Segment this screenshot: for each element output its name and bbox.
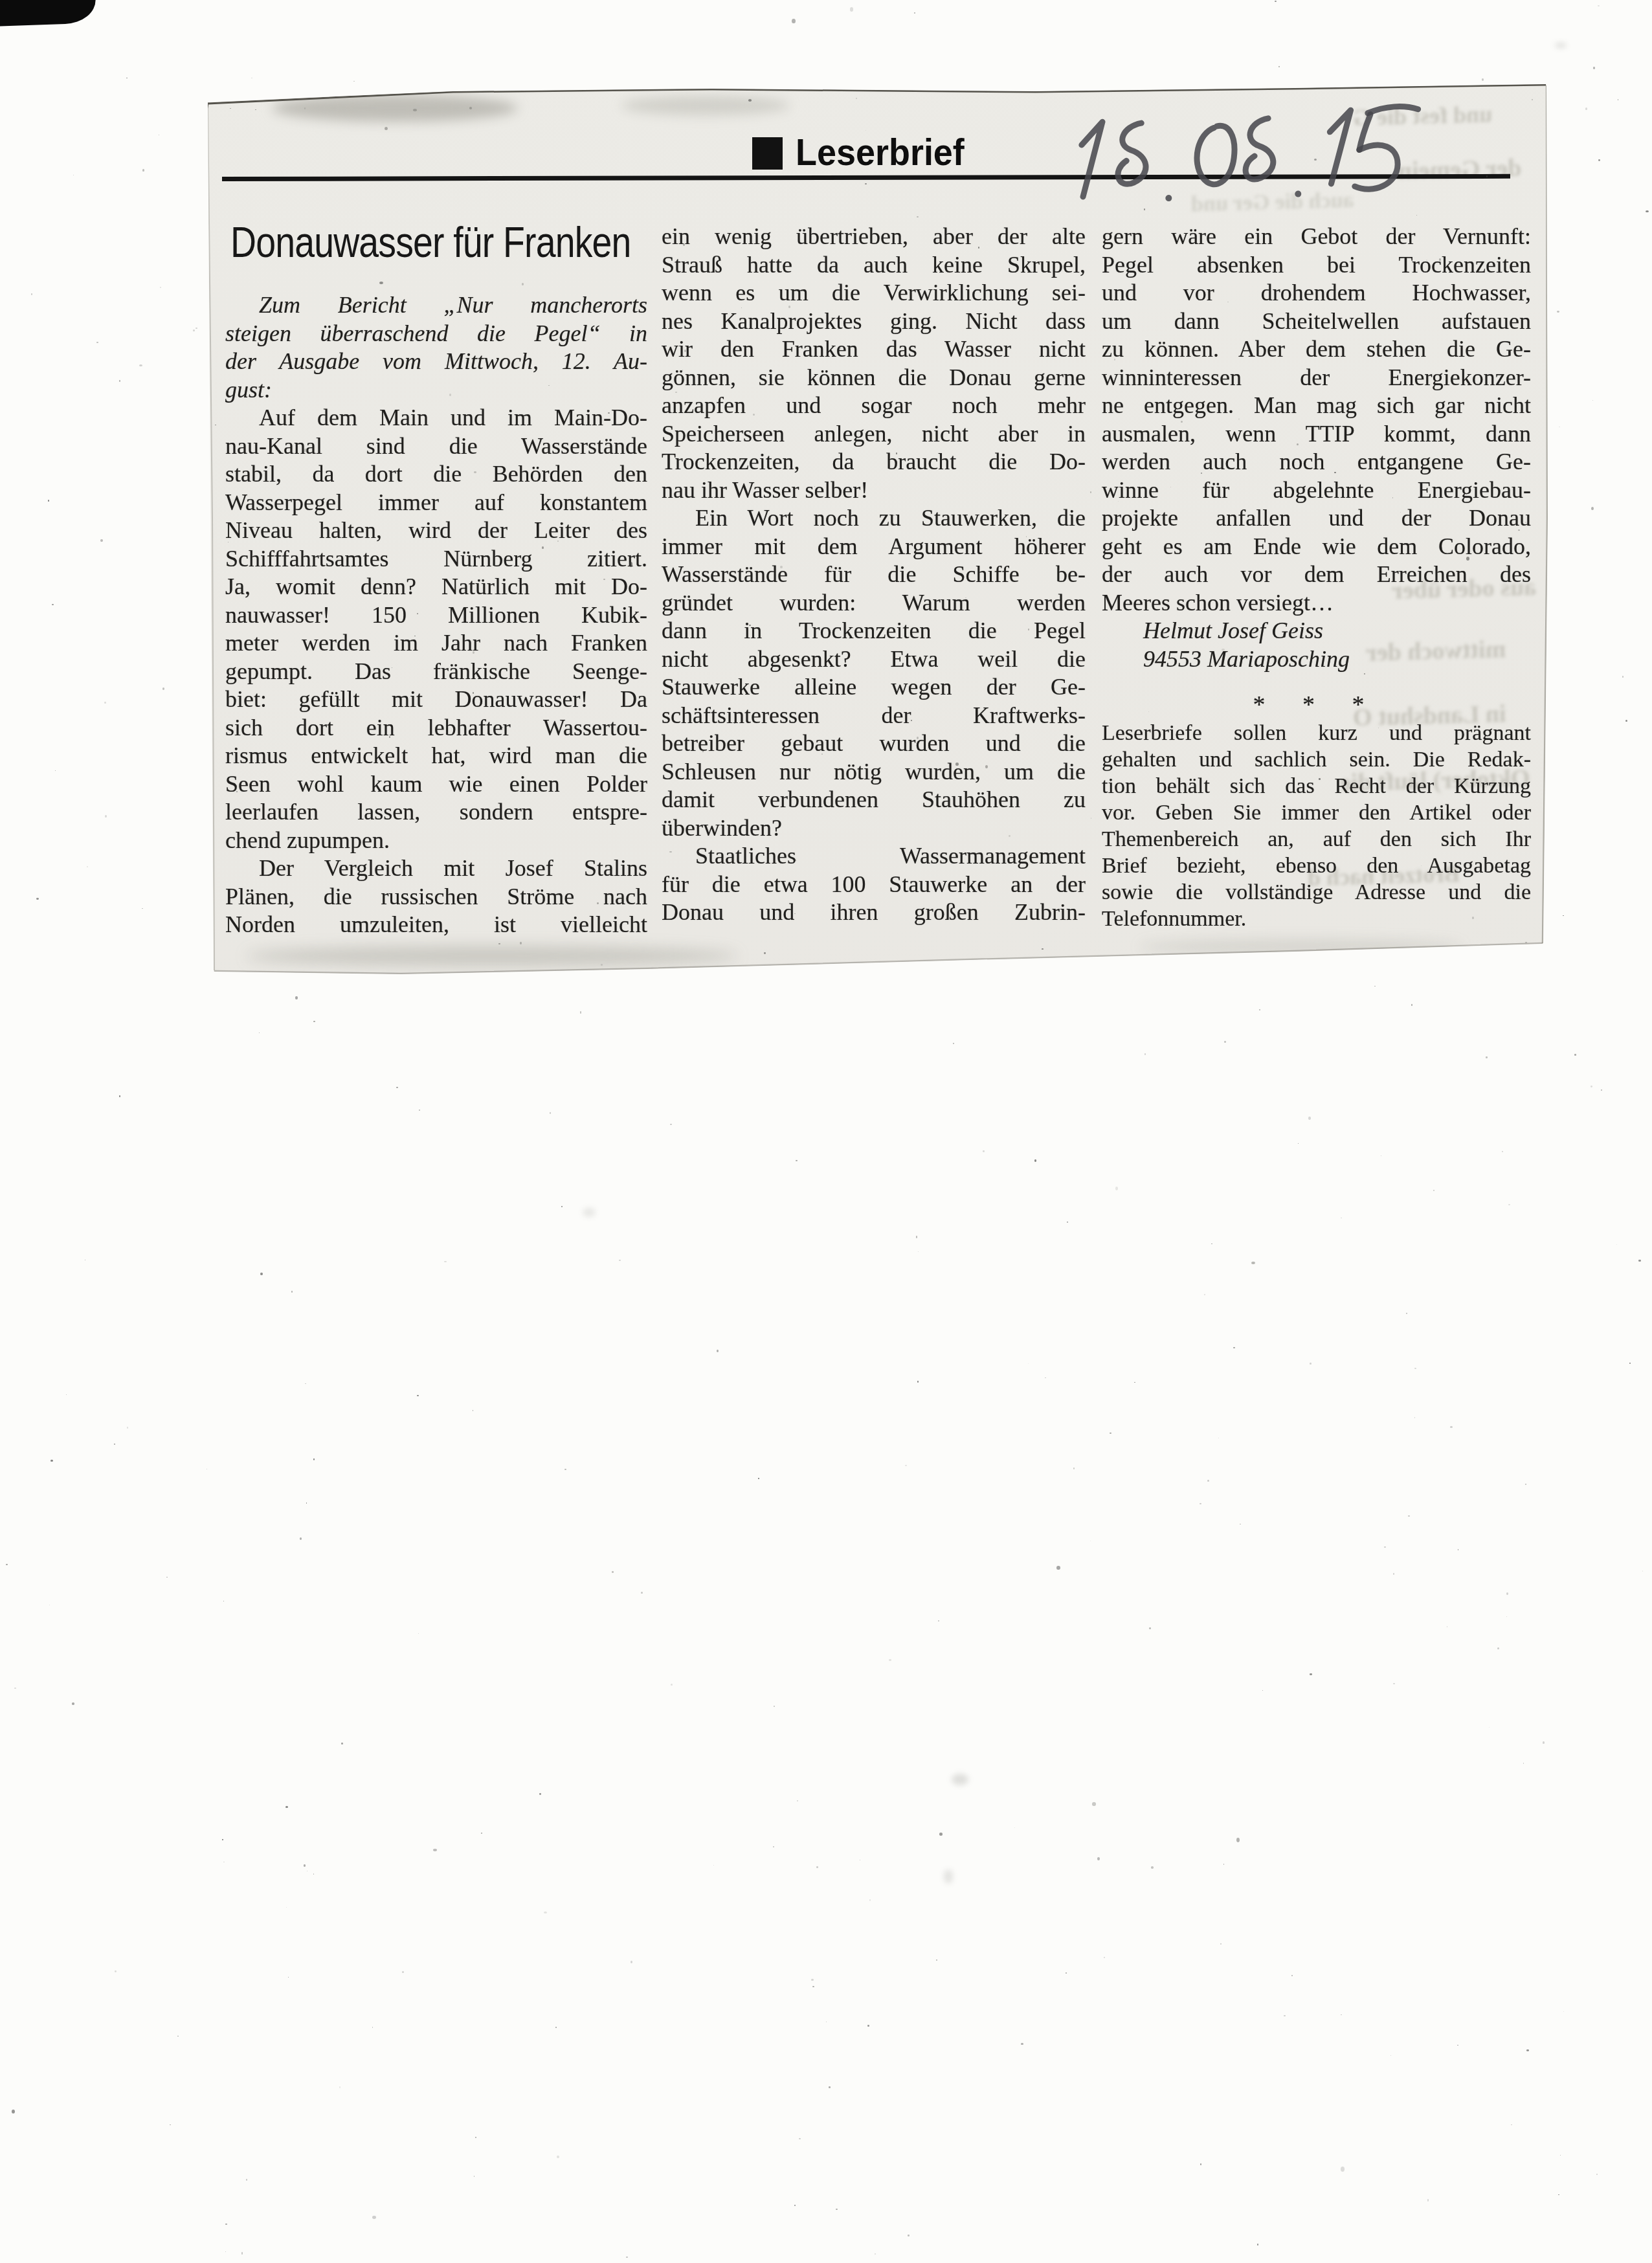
text-line: Schleusen nur nötig wurden, um die: [662, 758, 1086, 786]
text-line: für die etwa 100 Stauwerke an der: [662, 871, 1086, 899]
dust-speck: [1134, 1382, 1135, 1383]
dust-speck: [916, 1236, 918, 1238]
dust-speck: [291, 1291, 293, 1293]
dust-speck: [799, 2138, 801, 2139]
dust-speck: [313, 1873, 315, 1874]
dust-speck: [1045, 1377, 1046, 1379]
dust-speck: [1090, 1541, 1091, 1541]
dust-speck: [1310, 1363, 1312, 1365]
dust-speck: [1149, 1627, 1151, 1629]
dust-speck: [875, 2253, 876, 2255]
dust-speck: [1104, 1957, 1106, 1958]
dust-speck: [1144, 1053, 1146, 1055]
text-line: Plänen, die russischen Ströme nach: [225, 883, 647, 911]
dust-speck: [66, 1394, 67, 1395]
dust-speck: [612, 1571, 614, 1573]
dust-speck: [811, 1979, 813, 1981]
dust-speck: [1341, 2167, 1345, 2171]
text-line: Telefonnummer.: [1102, 906, 1531, 932]
text-line: sowie die vollständige Adresse und die: [1102, 879, 1531, 906]
dust-speck: [1523, 1763, 1524, 1764]
dust-speck: [1110, 1432, 1111, 1434]
dust-speck: [936, 1959, 937, 1961]
dust-speck: [1543, 1741, 1545, 1744]
dust-speck: [142, 908, 143, 909]
text-line: damit verbundenen Stauhöhen zu: [662, 786, 1086, 814]
text-line: rismus entwickelt hat, wird man die: [225, 742, 647, 770]
text-line: sich dort ein lebhafter Wassertou-: [225, 714, 647, 742]
dust-speck: [206, 1469, 207, 1469]
dust-speck: [1559, 427, 1560, 427]
dust-speck: [1257, 2244, 1259, 2246]
text-line: Donau und ihren großen Zubrin-: [662, 898, 1086, 927]
dust-speck: [1236, 1838, 1240, 1842]
text-line: gepumpt. Das fränkische Seenge-: [225, 658, 647, 686]
section-label: Leserbrief: [796, 131, 965, 174]
dust-speck: [1591, 1086, 1592, 1087]
scan-smudge: [944, 1869, 953, 1884]
dust-speck: [561, 1206, 563, 1208]
scanner-corner-artifact: [0, 0, 96, 27]
dust-speck: [1450, 1426, 1452, 1428]
dust-speck: [433, 1849, 437, 1851]
dust-speck: [119, 380, 120, 382]
text-line: meter werden im Jahr nach Franken: [225, 629, 647, 658]
dust-speck: [1497, 1647, 1499, 1649]
dust-speck: [241, 2252, 243, 2254]
dust-speck: [794, 2205, 796, 2206]
dust-speck: [670, 1124, 672, 1125]
dust-speck: [170, 2124, 171, 2126]
text-line: vor. Geben Sie immer den Artikel oder: [1102, 799, 1531, 826]
dust-speck: [73, 175, 74, 175]
dust-speck: [1115, 1187, 1119, 1190]
dust-speck: [1374, 986, 1375, 987]
dust-speck: [908, 2235, 909, 2236]
dust-speck: [1056, 1566, 1060, 1570]
dust-speck: [860, 1860, 860, 1860]
dust-speck: [1646, 210, 1649, 212]
text-line: biet: gefüllt mit Donauwasser! Da: [225, 686, 647, 714]
dust-speck: [1489, 1727, 1490, 1728]
dust-speck: [222, 1839, 223, 1840]
dust-speck: [564, 1469, 566, 1470]
text-line: projekte anfallen und der Donau: [1102, 504, 1531, 533]
dust-speck: [260, 1273, 262, 1275]
dust-speck: [1433, 1190, 1434, 1191]
dust-speck: [1593, 67, 1595, 69]
dust-speck: [1284, 2015, 1286, 2017]
dust-speck: [1092, 1802, 1095, 1805]
dust-speck: [1598, 159, 1600, 161]
dust-speck: [1341, 1218, 1342, 1218]
dust-speck: [1482, 78, 1484, 81]
dust-speck: [307, 1871, 307, 1871]
text-line: Schifffahrtsamtes Nürnberg zitiert.: [225, 545, 647, 574]
text-line: ne entgegen. Man mag sich gar nicht: [1102, 392, 1531, 420]
text-line: gehalten und sachlich sein. Die Redak-: [1102, 746, 1531, 773]
dust-speck: [812, 1986, 814, 1987]
text-line: betreiber gebaut wurden und die: [662, 730, 1086, 758]
dust-speck: [139, 364, 142, 366]
dust-speck: [1447, 1626, 1447, 1627]
dust-speck: [1151, 1866, 1154, 1869]
newspaper-clipping: und fest die Gder Gemeinauch die Ger und…: [0, 0, 1652, 2263]
dust-speck: [826, 2022, 827, 2022]
dust-speck: [1598, 5, 1600, 6]
dust-speck: [1262, 1690, 1263, 1691]
dust-speck: [1506, 1616, 1507, 1617]
dust-speck: [418, 1633, 419, 1634]
dust-speck: [796, 1160, 797, 1161]
dust-speck: [396, 1087, 398, 1088]
dust-speck: [87, 866, 88, 867]
text-line: Der Vergleich mit Josef Stalins: [225, 854, 647, 883]
dust-speck: [1034, 1159, 1036, 1161]
text-line: Wasserstände für die Schiffe be-: [662, 561, 1086, 589]
dust-speck: [1014, 1827, 1015, 1828]
text-line: stabil, da dort die Behörden den: [225, 460, 647, 489]
dust-speck: [304, 1864, 306, 1866]
dust-speck: [166, 1577, 168, 1577]
text-line: gust:: [225, 376, 647, 405]
dust-speck: [914, 12, 915, 13]
dust-speck: [36, 898, 38, 900]
dust-speck: [1097, 1857, 1100, 1860]
dust-speck: [6, 1564, 8, 1565]
dust-speck: [444, 1261, 446, 1263]
dust-speck: [1557, 311, 1559, 313]
dust-speck: [1411, 1004, 1412, 1006]
dust-speck: [1291, 1975, 1293, 1976]
text-line: werden auch noch entgangene Ge-: [1102, 448, 1531, 476]
dust-speck: [225, 2224, 227, 2224]
dust-speck: [127, 1427, 128, 1429]
dust-speck: [1073, 1467, 1075, 1469]
dust-speck: [626, 2257, 627, 2258]
text-line: überwinden?: [662, 814, 1086, 843]
dust-speck: [1310, 1673, 1312, 1675]
dust-speck: [1384, 1546, 1386, 1548]
dust-speck: [773, 1846, 775, 1847]
dust-speck: [1223, 1864, 1224, 1865]
text-line: wir den Franken das Wasser nicht: [662, 335, 1086, 364]
dust-speck: [193, 329, 195, 331]
text-line: Pegel absenken bei Trockenzeiten: [1102, 251, 1531, 280]
article-column-2: ein wenig übertrieben, aber der alteStra…: [662, 223, 1086, 927]
dust-speck: [717, 1350, 719, 1352]
dust-speck: [162, 687, 164, 690]
text-line: winne für abgelehnte Energiebau-: [1102, 476, 1531, 505]
dust-speck: [1526, 2049, 1529, 2051]
dust-speck: [339, 2086, 340, 2088]
article-column-1: Zum Bericht „Nur mancherortssteigen über…: [225, 291, 647, 939]
dust-speck: [1525, 1484, 1526, 1485]
dust-speck: [1381, 1155, 1381, 1156]
dust-speck: [1508, 1204, 1510, 1205]
text-line: Helmut Josef Geiss: [1102, 617, 1531, 645]
dust-speck: [1414, 1368, 1416, 1369]
dust-speck: [1511, 2124, 1512, 2126]
dust-speck: [867, 2025, 869, 2027]
dust-speck: [119, 1095, 120, 1097]
dust-speck: [12, 2110, 15, 2114]
dust-speck: [1393, 1573, 1394, 1575]
text-line: steigen überraschend die Pegel“ in: [225, 320, 647, 348]
dust-speck: [1341, 2014, 1342, 2016]
dust-speck: [1021, 2043, 1023, 2046]
dust-speck: [1638, 1260, 1640, 1261]
dust-speck: [474, 2176, 474, 2176]
scan-smudge: [1555, 43, 1567, 48]
dust-speck: [50, 1460, 52, 1462]
dust-speck: [104, 702, 106, 704]
dust-speck: [1558, 2194, 1559, 2195]
dust-speck: [55, 770, 56, 771]
scan-smudge: [952, 1774, 968, 1785]
dust-speck: [1506, 1592, 1508, 1595]
dust-speck: [1427, 2199, 1429, 2202]
dust-speck: [1028, 1363, 1029, 1365]
dust-speck: [105, 815, 107, 818]
dust-speck: [619, 1260, 621, 1261]
dust-speck: [159, 135, 159, 135]
text-line: nes Kanalprojektes ging. Nicht dass: [662, 307, 1086, 336]
text-line: der auch vor dem Erreichen des: [1102, 561, 1531, 589]
dust-speck: [641, 1592, 643, 1594]
dust-speck: [580, 1011, 581, 1013]
dust-speck: [983, 1150, 985, 1152]
dust-speck: [225, 2251, 226, 2252]
dust-speck: [1563, 915, 1564, 916]
dust-speck: [251, 78, 252, 78]
dust-speck: [631, 1961, 632, 1964]
dust-speck: [417, 1395, 418, 1396]
dust-speck: [305, 1383, 306, 1384]
dust-speck: [836, 2209, 838, 2210]
dust-speck: [1408, 1515, 1409, 1517]
dust-speck: [1642, 1570, 1643, 1571]
dust-speck: [939, 1833, 943, 1835]
dust-speck: [1298, 1143, 1299, 1144]
dust-speck: [850, 7, 854, 12]
dust-speck: [1486, 1056, 1487, 1058]
article-column-3: gern wäre ein Gebot der Vernunft:Pegel a…: [1102, 223, 1531, 932]
dust-speck: [713, 1865, 714, 1866]
dust-speck: [539, 1793, 541, 1795]
dust-speck: [195, 328, 197, 329]
dust-speck: [402, 1971, 404, 1973]
dust-speck: [1616, 1244, 1617, 1245]
text-line: 94553 Mariaposching: [1102, 645, 1531, 674]
text-line: * * *: [1102, 691, 1531, 720]
dust-speck: [905, 1465, 906, 1466]
text-line: Brief bezieht, ebenso den Ausgabetag: [1102, 853, 1531, 879]
text-line: [1102, 673, 1531, 691]
dust-speck: [475, 2137, 476, 2138]
dust-speck: [85, 1260, 85, 1260]
dust-speck: [1200, 2163, 1202, 2165]
text-line: geht es am Ende wie dem Colorado,: [1102, 533, 1531, 561]
dust-speck: [1406, 1313, 1407, 1314]
dust-speck: [1220, 1943, 1222, 1945]
dust-speck: [1200, 1503, 1201, 1504]
dust-speck: [1574, 1054, 1576, 1055]
text-line: leerlaufen lassen, sondern entspre-: [225, 798, 647, 827]
dust-speck: [555, 2027, 557, 2028]
text-line: um dann Scheitelwellen aufstauen: [1102, 307, 1531, 336]
dust-speck: [797, 1800, 798, 1801]
dust-speck: [816, 1866, 818, 1868]
dust-speck: [372, 2027, 374, 2028]
dust-speck: [1458, 1549, 1458, 1550]
dust-speck: [481, 1833, 482, 1834]
text-line: Niveau halten, wird der Leiter des: [225, 517, 647, 545]
dust-speck: [758, 1478, 759, 1478]
dust-speck: [341, 1743, 343, 1744]
text-line: Themenbereich an, auf den sich Ihr: [1102, 826, 1531, 853]
text-line: gönnen, sie können die Donau gerne: [662, 364, 1086, 392]
dust-speck: [1218, 1438, 1219, 1438]
text-line: tion behält sich das Recht der Kürzung: [1102, 773, 1531, 799]
text-line: Auf dem Main und im Main-Do-: [225, 404, 647, 432]
dust-speck: [1622, 676, 1624, 677]
dust-speck: [918, 1251, 919, 1252]
dust-speck: [1591, 507, 1594, 510]
dust-speck: [52, 604, 53, 605]
text-line: Speicherseen anlegen, nicht aber in: [662, 420, 1086, 449]
dust-speck: [544, 1912, 547, 1914]
dust-speck: [14, 1688, 16, 1689]
dust-speck: [246, 2179, 248, 2181]
dust-speck: [1278, 66, 1280, 67]
text-line: immer mit dem Argument höherer: [662, 533, 1086, 561]
text-line: Ein Wort noch zu Stauwerken, die: [662, 504, 1086, 533]
dust-speck: [774, 1706, 775, 1706]
text-line: zu können. Aber dem stehen die Ge-: [1102, 335, 1531, 364]
dust-speck: [953, 1043, 954, 1044]
dust-speck: [792, 19, 795, 23]
dust-speck: [1585, 107, 1587, 109]
dust-speck: [259, 1032, 260, 1033]
dust-speck: [1629, 1363, 1631, 1365]
text-line: ausmalen, wenn TTIP kommt, dann: [1102, 420, 1531, 449]
dust-speck: [286, 1907, 287, 1908]
dust-speck: [550, 1112, 551, 1114]
text-line: wenn es um die Verwirklichung sei-: [662, 279, 1086, 307]
dust-speck: [223, 1601, 224, 1602]
dust-speck: [1563, 2011, 1564, 2012]
dust-speck: [1067, 1221, 1068, 1223]
dust-speck: [313, 1021, 315, 1022]
text-line: Stauwerke alleine wegen der Ge-: [662, 673, 1086, 702]
dust-speck: [557, 2156, 559, 2159]
text-line: Staatliches Wassermanagement: [662, 842, 1086, 871]
dust-speck: [372, 2216, 376, 2219]
dust-speck: [49, 1605, 50, 1605]
section-marker-icon: [752, 137, 783, 170]
dust-speck: [72, 1702, 74, 1705]
text-line: winninteressen der Energiekonzer-: [1102, 364, 1531, 392]
dust-speck: [177, 2036, 179, 2036]
dust-speck: [1211, 1243, 1212, 1244]
text-line: nicht abgesenkt? Etwa weil die: [662, 645, 1086, 674]
dust-speck: [1601, 1089, 1602, 1091]
dust-speck: [48, 500, 49, 502]
text-line: Zum Bericht „Nur mancherorts: [225, 291, 647, 320]
text-line: anzapfen und sogar noch mehr: [662, 392, 1086, 420]
text-line: gründet wurden: Warum werden: [662, 589, 1086, 618]
dust-speck: [353, 81, 355, 82]
scanned-page: { "scan": { "handwritten_date": "18. 08.…: [0, 0, 1652, 2263]
dust-speck: [313, 1458, 315, 1460]
text-line: Ja, womit denn? Natürlich mit Do-: [225, 573, 647, 601]
text-line: schäftsinteressen der Kraftwerks-: [662, 702, 1086, 730]
text-line: nau ihr Wasser selber!: [662, 476, 1086, 505]
dust-speck: [126, 78, 128, 78]
article-title: Donauwasser für Franken: [230, 217, 631, 267]
dust-speck: [300, 1537, 302, 1540]
text-line: Leserbriefe sollen kurz und prägnant: [1102, 720, 1531, 746]
dust-speck: [473, 1410, 473, 1411]
dust-speck: [869, 1899, 871, 1901]
text-line: gern wäre ein Gebot der Vernunft:: [1102, 223, 1531, 251]
text-line: Wasserpegel immer auf konstantem: [225, 489, 647, 517]
scan-smudge: [583, 1208, 596, 1217]
dust-speck: [1414, 1417, 1416, 1418]
text-line: nauwasser! 150 Millionen Kubik-: [225, 601, 647, 630]
text-line: der Ausgabe vom Mittwoch, 12. Au-: [225, 348, 647, 376]
text-line: nau-Kanal sind die Wasserstände: [225, 432, 647, 461]
dust-speck: [938, 1620, 939, 1621]
dust-speck: [1393, 1683, 1395, 1684]
dust-speck: [160, 287, 161, 288]
dust-speck: [114, 1444, 115, 1445]
dust-speck: [1618, 99, 1618, 100]
text-line: Strauß hatte da auch keine Skrupel,: [662, 251, 1086, 280]
text-line: Trockenzeiten, da braucht die Do-: [662, 448, 1086, 476]
text-line: chend zupumpen.: [225, 827, 647, 855]
dust-speck: [1233, 1347, 1235, 1349]
dust-speck: [1560, 2155, 1561, 2156]
dust-speck: [829, 2086, 831, 2088]
dust-speck: [1224, 1041, 1226, 1043]
dust-speck: [1275, 1, 1277, 2]
dust-speck: [419, 1109, 420, 1111]
dust-speck: [115, 1970, 117, 1972]
dust-speck: [1592, 400, 1593, 401]
dust-speck: [1596, 2174, 1598, 2175]
text-line: Norden umzuleiten, ist vielleicht: [225, 911, 647, 939]
text-line: Seen wohl kaum wie einen Polder: [225, 770, 647, 799]
dust-speck: [31, 293, 33, 295]
dust-speck: [917, 1381, 919, 1383]
dust-speck: [295, 996, 297, 999]
dust-speck: [285, 1806, 287, 1808]
text-line: dann in Trockenzeiten die Pegel: [662, 617, 1086, 645]
dust-speck: [142, 169, 144, 171]
text-line: Meeres schon versiegt…: [1102, 589, 1531, 618]
dust-speck: [1204, 1294, 1205, 1295]
dust-speck: [1251, 1262, 1255, 1264]
dust-speck: [1457, 2045, 1458, 2046]
dust-speck: [1390, 2055, 1391, 2056]
dust-speck: [96, 342, 98, 343]
dust-speck: [1207, 1480, 1209, 1482]
dust-speck: [1240, 1524, 1241, 1525]
dust-speck: [1066, 1972, 1067, 1974]
dust-speck: [1259, 1009, 1260, 1010]
